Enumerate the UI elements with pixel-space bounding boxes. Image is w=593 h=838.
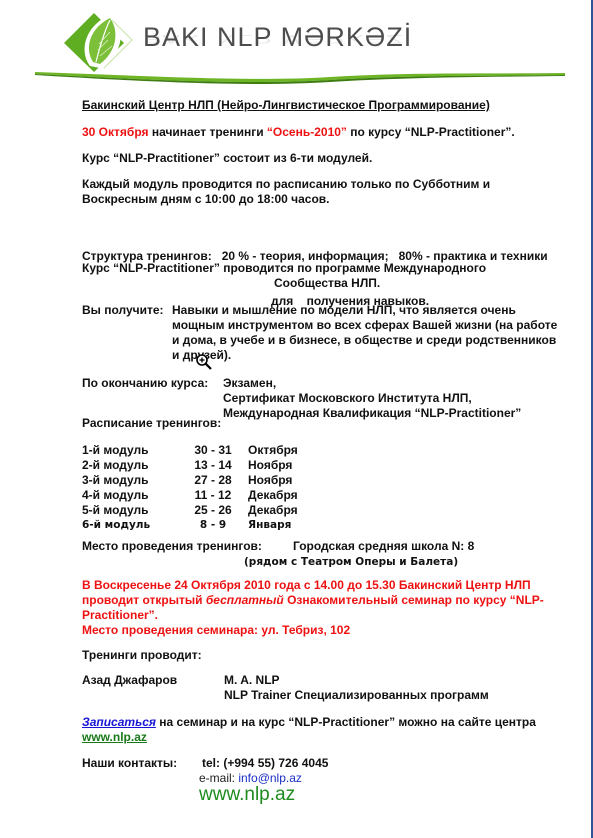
seminar-announcement: В Воскресенье 24 Октября 2010 года с 14.… <box>82 578 572 638</box>
schedule-row: 2-й модуль 13 - 14 Ноября <box>82 458 298 473</box>
brand-reflection: BAKI NLP MƏRKƏZİ <box>143 32 412 46</box>
site-link[interactable]: www.nlp.az <box>82 730 147 744</box>
contact-website-row: www.nlp.az <box>199 787 295 804</box>
trainer-degree: M. A. NLP <box>224 673 489 688</box>
seminar-place: Место проведения семинара: ул. Тебриз, 1… <box>82 623 572 638</box>
contact-tel: tel: (+994 55) 726 4045 <box>202 756 328 771</box>
venue-note: (рядом с Театром Оперы и Балета) <box>244 555 458 570</box>
free-emphasis: бесплатный <box>206 593 284 607</box>
benefits-section: Вы получите: Навыки и мышление по модели… <box>82 303 557 363</box>
magnifier-cursor-icon <box>195 353 213 371</box>
trainer-section: Азад Джафаров M. A. NLP NLP Trainer Спец… <box>82 673 489 703</box>
completion-items: Экзамен, Сертификат Московского Институт… <box>223 376 521 421</box>
benefits-text: Навыки и мышление по модели НЛП, что явл… <box>172 303 557 363</box>
schedule-table: 1-й модуль 30 - 31 Октября 2-й модуль 13… <box>82 443 298 533</box>
season-name: “Осень-2010” <box>267 125 347 139</box>
venue-label: Место проведения тренингов: <box>82 539 293 554</box>
schedule-title: Расписание тренингов: <box>82 416 221 431</box>
schedule-row: 4-й модуль 11 - 12 Декабря <box>82 488 298 503</box>
venue-place: Городская средняя школа N: 8 <box>293 539 474 554</box>
start-date: 30 Октября <box>82 125 149 139</box>
schedule-row: 5-й модуль 25 - 26 Декабря <box>82 503 298 518</box>
schedule-row: 6-й модуль 8 - 9 Января <box>82 518 298 533</box>
trainer-name: Азад Джафаров <box>82 673 224 703</box>
email-link[interactable]: info@nlp.az <box>238 771 302 785</box>
completion-label: По окончанию курса: <box>82 376 223 421</box>
contacts-section: Наши контакты: tel: (+994 55) 726 4045 <box>82 756 328 771</box>
start-announcement: 30 Октября начинает тренинги “Осень-2010… <box>82 125 515 140</box>
venue-section: Место проведения тренингов: Городская ср… <box>82 539 474 554</box>
signup-section: Записаться на семинар и на курс “NLP-Pra… <box>82 715 536 745</box>
schedule-row: 3-й модуль 27 - 28 Ноября <box>82 473 298 488</box>
green-swoosh-divider <box>30 62 570 86</box>
completion-section: По окончанию курса: Экзамен, Сертификат … <box>82 376 521 421</box>
trainer-title: NLP Trainer Специализированных программ <box>224 688 489 703</box>
contacts-label: Наши контакты: <box>82 756 202 771</box>
signup-link[interactable]: Записаться <box>82 715 156 729</box>
benefits-label: Вы получите: <box>82 303 172 363</box>
center-title: Бакинский Центр НЛП (Нейро-Лингвистическ… <box>82 98 490 113</box>
website-link[interactable]: www.nlp.az <box>199 784 295 805</box>
trainer-label: Тренинги проводит: <box>82 648 202 663</box>
schedule-description: Каждый модуль проводится по расписанию т… <box>82 177 490 207</box>
schedule-row: 1-й модуль 30 - 31 Октября <box>82 443 298 458</box>
program-info: Курс “NLP-Practitioner” проводится по пр… <box>82 261 486 291</box>
modules-count: Курс “NLP-Practitioner” состоит из 6-ти … <box>82 151 372 166</box>
header-banner: BAKI NLP MƏRKƏZİ BAKI NLP MƏRKƏZİ <box>0 0 591 90</box>
